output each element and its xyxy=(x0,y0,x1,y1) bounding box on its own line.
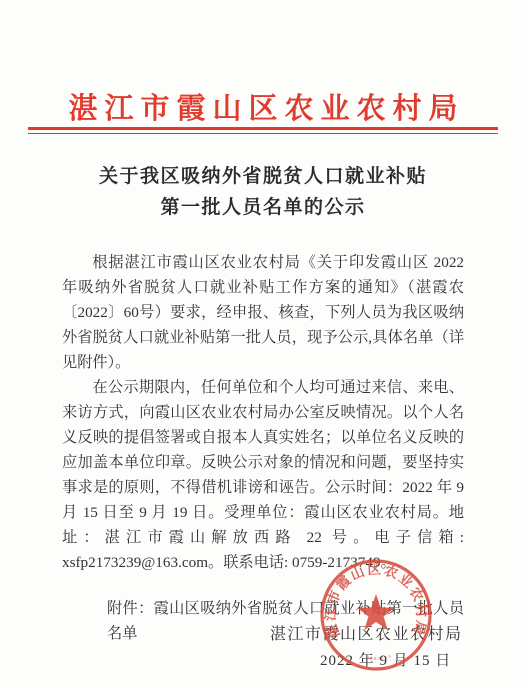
signature-date: 2022 年 9 月 15 日 xyxy=(320,649,451,670)
document-title-line2: 第一批人员名单的公示 xyxy=(0,192,526,223)
body-paragraph-2: 在公示期限内，任何单位和个人均可通过来信、来电、来访方式，向霞山区农业农村局办公… xyxy=(62,375,464,575)
letterhead-divider-thin xyxy=(28,133,498,134)
document-page: 湛江市霞山区农业农村局 关于我区吸纳外省脱贫人口就业补贴 第一批人员名单的公示 … xyxy=(0,0,526,688)
body-paragraph-1: 根据湛江市霞山区农业农村局《关于印发霞山区 2022 年吸纳外省脱贫人口就业补贴… xyxy=(62,250,464,375)
letterhead-divider-thick xyxy=(28,127,498,130)
document-body: 根据湛江市霞山区农业农村局《关于印发霞山区 2022 年吸纳外省脱贫人口就业补贴… xyxy=(62,250,464,646)
document-title-line1: 关于我区吸纳外省脱贫人口就业补贴 xyxy=(0,161,526,192)
signature-org-name: 湛江市霞山区农业农村局 xyxy=(270,621,463,644)
document-title: 关于我区吸纳外省脱贫人口就业补贴 第一批人员名单的公示 xyxy=(0,161,526,223)
letterhead-org-name: 湛江市霞山区农业农村局 xyxy=(0,86,526,127)
